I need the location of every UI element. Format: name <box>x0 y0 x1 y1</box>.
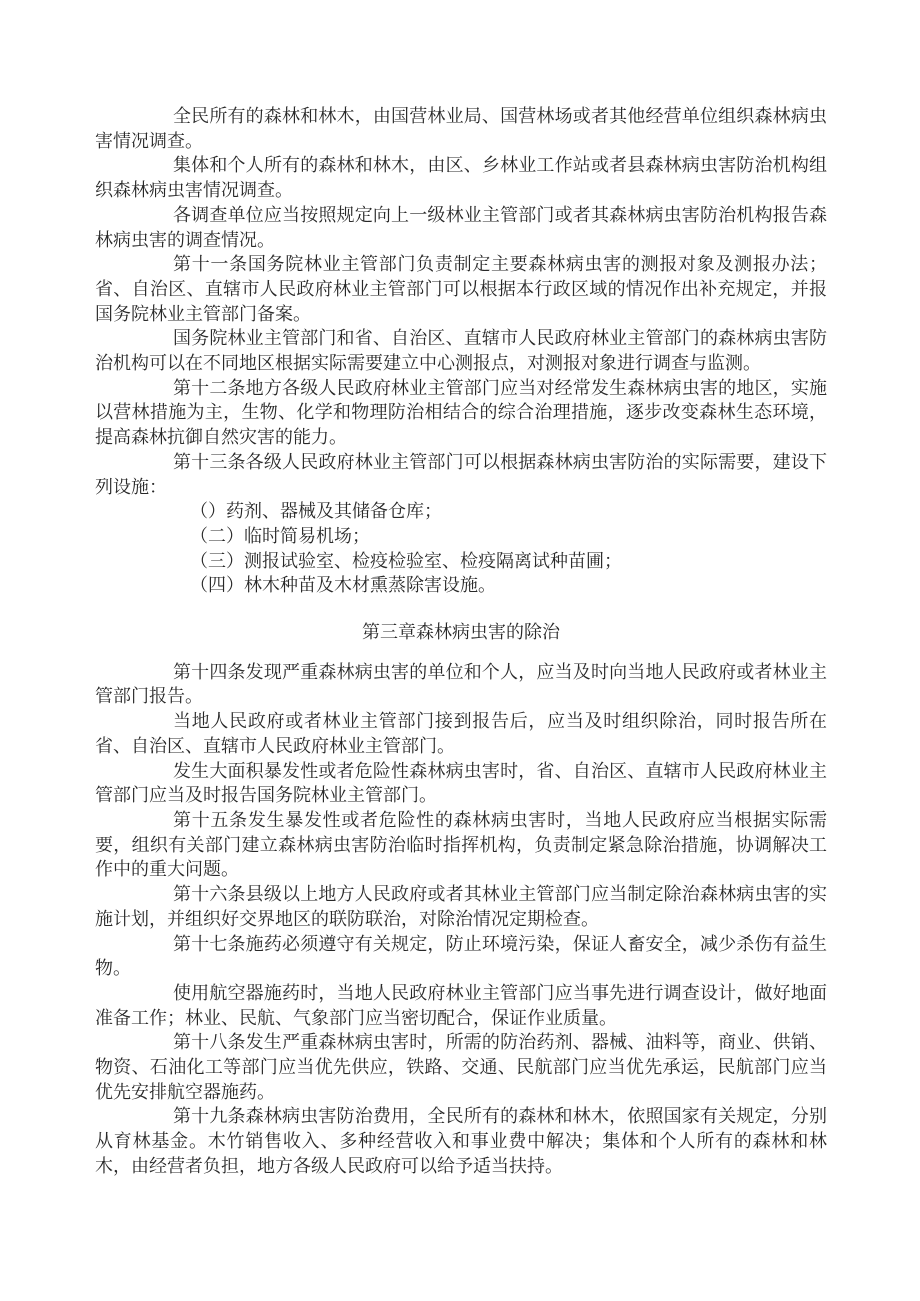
body-paragraph: 第十一条国务院林业主管部门负责制定主要森林病虫害的测报对象及测报办法；省、自治区… <box>95 252 827 326</box>
body-paragraph: 第十三条各级人民政府林业主管部门可以根据森林病虫害防治的实际需要，建设下列设施： <box>95 450 827 499</box>
document-page: 全民所有的森林和林木，由国营林业局、国营林场或者其他经营单位组织森林病虫害情况调… <box>0 0 920 1301</box>
document-text-block: 全民所有的森林和林木，由国营林业局、国营林场或者其他经营单位组织森林病虫害情况调… <box>95 104 827 1179</box>
body-paragraph: 第十二条地方各级人民政府林业主管部门应当对经常发生森林病虫害的地区，实施以营林措… <box>95 376 827 450</box>
chapter-heading: 第三章森林病虫害的除治 <box>95 620 827 645</box>
body-paragraph: 第十五条发生暴发性或者危险性的森林病虫害时，当地人民政府应当根据实际需要，组织有… <box>95 808 827 882</box>
body-paragraph: 使用航空器施药时，当地人民政府林业主管部门应当事先进行调查设计，做好地面准备工作… <box>95 981 827 1030</box>
body-paragraph: 第十七条施药必须遵守有关规定，防止环境污染，保证人畜安全，减少杀伤有益生物。 <box>95 932 827 981</box>
body-paragraph: 第十九条森林病虫害防治费用，全民所有的森林和林木，依照国家有关规定，分别从育林基… <box>95 1104 827 1178</box>
body-paragraph: 集体和个人所有的森林和林木，由区、乡林业工作站或者县森林病虫害防治机构组织森林病… <box>95 153 827 202</box>
body-paragraph: 第十六条县级以上地方人民政府或者其林业主管部门应当制定除治森林病虫害的实施计划，… <box>95 882 827 931</box>
body-paragraph: 国务院林业主管部门和省、自治区、直辖市人民政府林业主管部门的森林病虫害防治机构可… <box>95 326 827 375</box>
body-paragraph: 发生大面积暴发性或者危险性森林病虫害时，省、自治区、直辖市人民政府林业主管部门应… <box>95 759 827 808</box>
body-paragraph: 全民所有的森林和林木，由国营林业局、国营林场或者其他经营单位组织森林病虫害情况调… <box>95 104 827 153</box>
facility-list-item: （四）林木种苗及木材熏蒸除害设施。 <box>95 573 827 598</box>
facility-list-item: （）药剂、器械及其储备仓库； <box>95 499 827 524</box>
body-paragraph: 各调查单位应当按照规定向上一级林业主管部门或者其森林病虫害防治机构报告森林病虫害… <box>95 203 827 252</box>
body-paragraph: 第十四条发现严重森林病虫害的单位和个人，应当及时向当地人民政府或者林业主管部门报… <box>95 660 827 709</box>
body-paragraph: 第十八条发生严重森林病虫害时，所需的防治药剂、器械、油料等，商业、供销、物资、石… <box>95 1030 827 1104</box>
body-paragraph: 当地人民政府或者林业主管部门接到报告后，应当及时组织除治，同时报告所在省、自治区… <box>95 709 827 758</box>
facility-list-item: （三）测报试验室、检疫检验室、检疫隔离试种苗圃； <box>95 549 827 574</box>
facility-list-item: （二）临时简易机场； <box>95 524 827 549</box>
